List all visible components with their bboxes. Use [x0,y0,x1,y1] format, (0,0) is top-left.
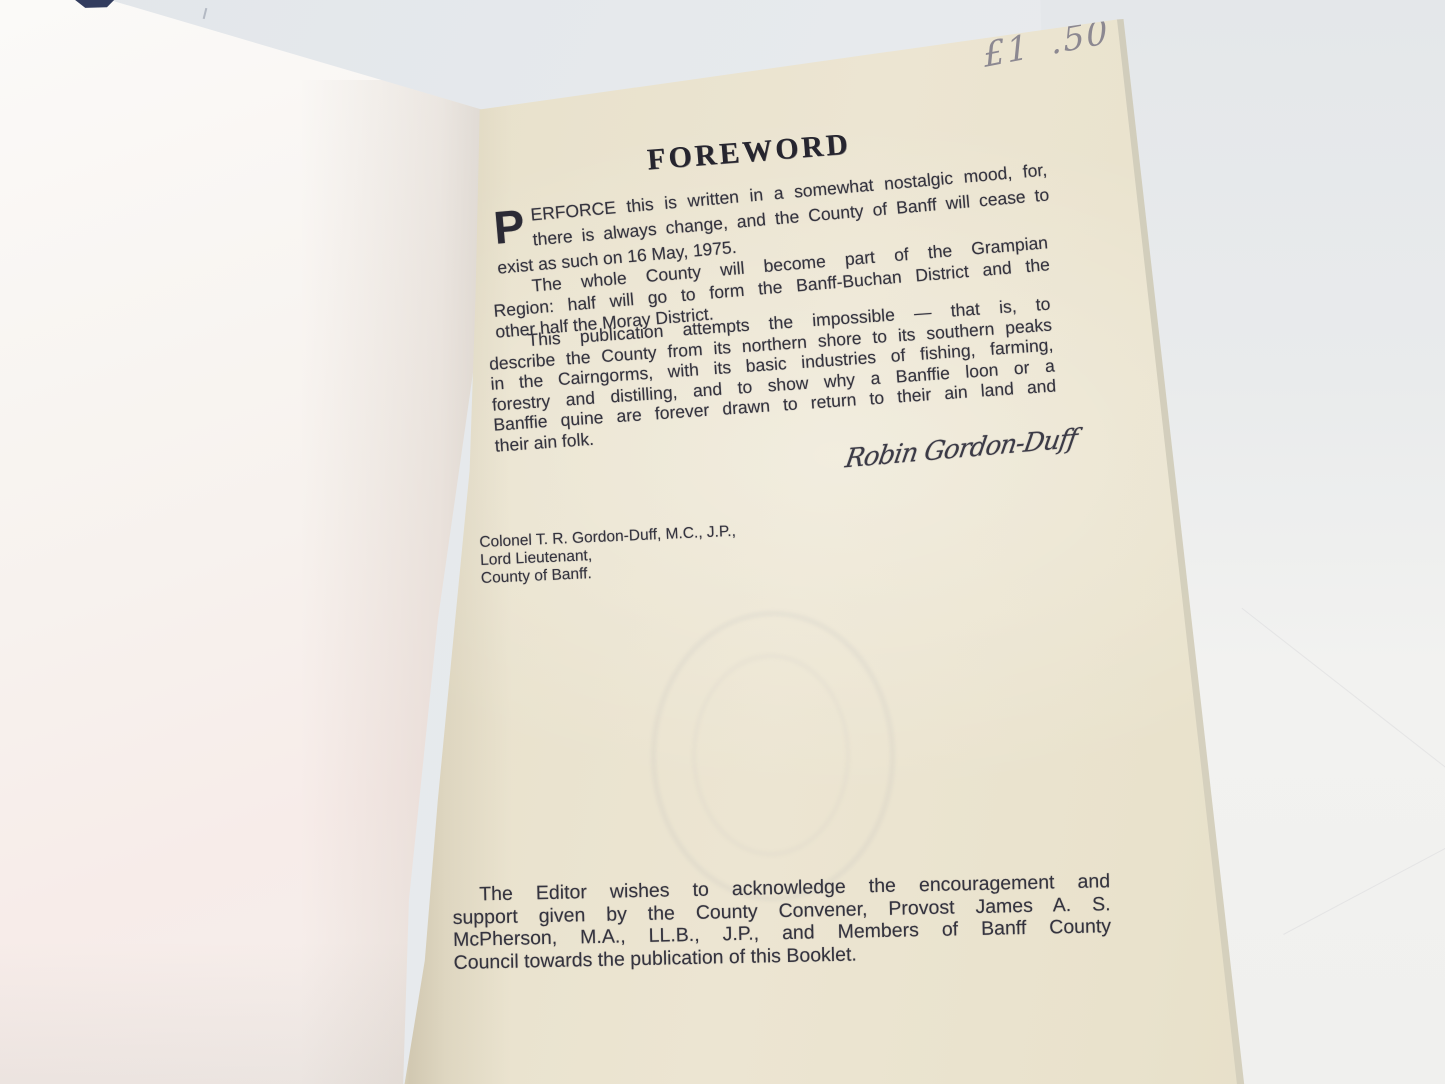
watermark-emblem [652,612,894,900]
watermark-emblem-inner [693,655,849,855]
signatory-block: Colonel T. R. Gordon-Duff, M.C., J.P.,Lo… [479,518,841,588]
signature-handwriting: Robin Gordon-Duff [843,424,1079,475]
acknowledgement-paragraph: The Editor wishes to acknowledge the enc… [452,870,1112,974]
drop-cap: P [492,206,526,247]
page-title: FOREWORD [640,127,858,178]
book-photo: £1 .50 FOREWORD P ERFORCE this is writte… [0,0,1445,1084]
left-page-shadow [0,940,420,1084]
